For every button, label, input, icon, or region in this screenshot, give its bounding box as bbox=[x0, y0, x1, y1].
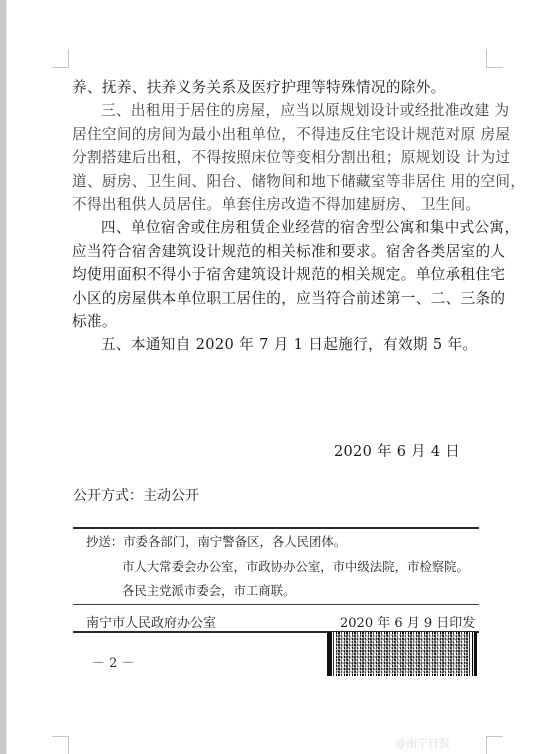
issue-date: 2020 年 6 月 9 日印发 bbox=[340, 612, 475, 631]
article-3-line: 居住空间的房间为最小出租单位，不得违反住宅设计规范对原 房屋 bbox=[72, 123, 482, 146]
document-body: 养、抚养、扶养义务关系及医疗护理等特殊情况的除外。 三、出租用于居住的房屋，应当… bbox=[72, 76, 482, 357]
article-4-line: 应当符合宿舍建筑设计规范的相关标准和要求。宿舍各类居室的人 bbox=[72, 240, 482, 263]
cc-line: 抄送：市委各部门，南宁警备区，各人民团体。 bbox=[86, 530, 469, 555]
cc-top-rule bbox=[73, 527, 479, 529]
cc-block: 抄送：市委各部门，南宁警备区，各人民团体。 市人大常委会办公室，市政协办公室，市… bbox=[86, 530, 469, 604]
crop-mark-top-right bbox=[486, 49, 503, 68]
crop-mark-bottom-left bbox=[52, 736, 69, 754]
article-5-line: 五、本通知自 2020 年 7 月 1 日起施行，有效期 5 年。 bbox=[72, 333, 482, 356]
cc-bottom-rule bbox=[73, 604, 479, 605]
window-left-edge bbox=[0, 0, 7, 754]
article-4-line: 标准。 bbox=[72, 310, 482, 333]
crop-mark-bottom-right bbox=[486, 736, 503, 754]
article-4-line: 四、单位宿舍或住房租赁企业经营的宿舍型公寓和集中式公寓， bbox=[72, 216, 482, 239]
cc-line: 各民主党派市委会，市工商联。 bbox=[86, 579, 469, 604]
article-4-line: 均使用面积不得小于宿舍建筑设计规范的相关规定。单位承租住宅 bbox=[72, 263, 482, 286]
crop-mark-top-left bbox=[52, 49, 69, 68]
cc-line: 市人大常委会办公室，市政协办公室，市中级法院，市检察院。 bbox=[86, 555, 469, 580]
page-number: － 2 － bbox=[92, 652, 135, 671]
article-3-line: 不得出租供人员居住。单套住房改造不得加建厨房、 卫生间。 bbox=[72, 193, 482, 216]
body-line: 养、抚养、扶养义务关系及医疗护理等特殊情况的除外。 bbox=[72, 76, 482, 99]
disclosure-method: 公开方式：主动公开 bbox=[73, 485, 199, 505]
article-3-line: 三、出租用于居住的房屋，应当以原规划设计或经批准改建 为 bbox=[72, 99, 482, 122]
article-4-line: 小区的房屋供本单位职工居住的，应当符合前述第一、二、三条的 bbox=[72, 287, 482, 310]
barcode-pattern bbox=[336, 634, 468, 674]
watermark: @南宁日报 bbox=[395, 735, 450, 751]
signature-date: 2020 年 6 月 4 日 bbox=[334, 440, 460, 461]
article-3-line: 分割搭建后出租，不得按照床位等变相分割出租；原规划设 计为过 bbox=[72, 146, 482, 169]
article-3-line: 道、厨房、卫生间、阳台、储物间和地下储藏室等非居住 用的空间， bbox=[72, 170, 482, 193]
barcode-icon bbox=[327, 632, 477, 676]
issuing-office: 南宁市人民政府办公室 bbox=[86, 612, 216, 631]
